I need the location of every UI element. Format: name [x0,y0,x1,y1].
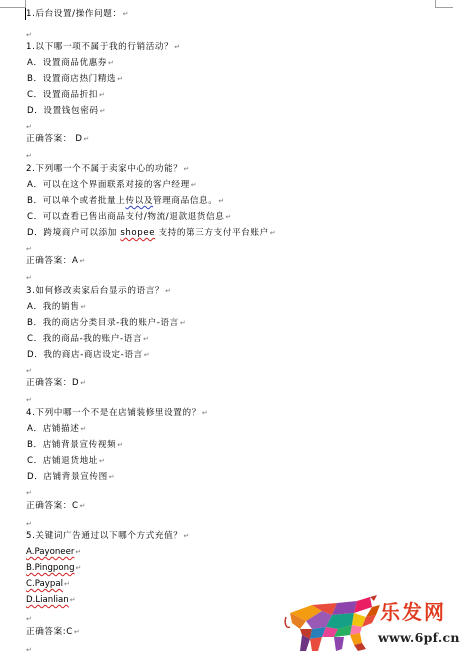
empty-paragraph: ↵ [26,122,32,132]
question-3-option-a[interactable]: A．我的销售↵ [27,302,87,313]
question-5-option-d[interactable]: D.Lianlian↵ [26,595,76,606]
empty-paragraph: ↵ [26,273,32,283]
question-4-answer[interactable]: 正确答案：C↵ [26,501,86,512]
bull-icon [282,593,382,655]
question-2-option-c[interactable]: C．可以查看已售出商品支付/物流/退款退货信息↵ [27,212,232,223]
question-3-answer[interactable]: 正确答案：D↵ [26,378,87,389]
empty-paragraph: ↵ [26,614,32,624]
empty-paragraph: ↵ [26,395,32,405]
empty-paragraph: ↵ [26,488,32,498]
question-1-option-c[interactable]: C．设置商品折扣↵ [27,90,105,101]
question-2-option-b[interactable]: B．可以单个或者批量上传以及管理商品信息。↵ [27,196,225,207]
question-1-option-a[interactable]: A．设置商品优惠券↵ [27,58,115,69]
question-4-option-c[interactable]: C．店铺退货地址↵ [27,456,105,467]
question-3-stem[interactable]: 3.如何修改卖家后台显示的语言？↵ [26,286,172,297]
empty-paragraph: ↵ [26,519,32,529]
question-2-option-a[interactable]: A．可以在这个界面联系对接的客户经理↵ [27,180,197,191]
paragraph-mark: ↵ [123,10,129,18]
question-1-stem[interactable]: 1.以下哪一项不属于我的行销活动？↵ [26,42,181,53]
question-5-option-b[interactable]: B.Pingpong↵ [26,563,81,574]
question-5-option-a[interactable]: A.Payoneer↵ [26,547,81,558]
question-2-stem[interactable]: 2.下列哪一个不属于卖家中心的功能？↵ [26,164,190,175]
question-3-option-c[interactable]: C．我的商品-我的账户-语言↵ [27,334,150,345]
question-2-option-d[interactable]: D．跨境商户可以添加 shopee 支持的第三方支付平台账户↵ [27,228,276,239]
grammar-flag[interactable]: 传以及 [125,196,153,206]
document-page: 1.后台设置/操作问题：↵ ↵ 1.以下哪一项不属于我的行销活动？↵ A．设置商… [0,0,464,659]
watermark-title: 乐发网 [380,596,446,625]
empty-paragraph: ↵ [26,151,32,161]
question-1-answer[interactable]: 正确答案： D↵ [26,134,90,145]
empty-paragraph: ↵ [26,30,32,40]
question-1-option-b[interactable]: B．设置商店热门精选↵ [27,74,124,85]
crop-mark-top-right [435,0,453,8]
watermark-url: www.6pf.cn [378,630,460,645]
question-5-stem[interactable]: 5.关键词广告通过以下哪个方式充值？↵ [26,531,190,542]
question-4-option-d[interactable]: D．店铺背景宣传图↵ [27,472,115,483]
question-2-answer[interactable]: 正确答案：A↵ [26,256,86,267]
question-3-option-b[interactable]: B．我的商店分类目录-我的账户-语言↵ [27,318,186,329]
question-5-option-c[interactable]: C.Paypal↵ [26,579,70,590]
question-4-stem[interactable]: 4.下列中哪一个不是在店铺装修里设置的？↵ [26,408,208,419]
watermark-logo: 乐发网 www.6pf.cn [282,593,462,655]
question-5-answer[interactable]: 正确答案:C↵ [26,627,80,638]
question-4-option-a[interactable]: A．店铺描述↵ [27,424,87,435]
crop-mark-top-left [0,0,26,8]
empty-paragraph: ↵ [26,244,32,254]
spelling-flag[interactable]: shopee [120,228,155,238]
question-4-option-b[interactable]: B．店铺背景宣传视频↵ [27,440,124,451]
section-title[interactable]: 1.后台设置/操作问题：↵ [26,9,129,20]
empty-paragraph: ↵ [26,366,32,376]
question-3-option-d[interactable]: D．我的商店-商店设定-语言↵ [27,350,150,361]
question-1-option-d[interactable]: D．设置钱包密码↵ [27,106,106,117]
empty-paragraph: ↵ [26,645,32,655]
